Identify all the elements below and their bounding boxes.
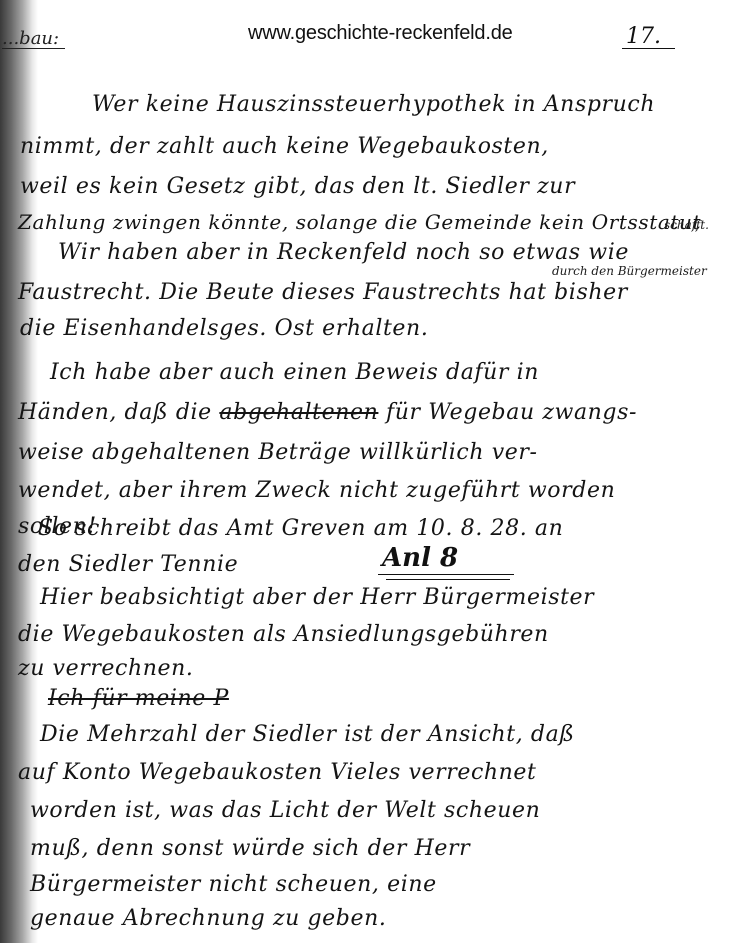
handwritten-line: Händen, daß die abgehaltenen für Wegebau… xyxy=(18,400,637,425)
document-page: ...bau: www.geschichte-reckenfeld.de 17.… xyxy=(0,0,740,943)
annex-underline-2 xyxy=(386,579,510,580)
handwritten-line: Die Mehrzahl der Siedler ist der Ansicht… xyxy=(40,722,575,747)
line-text: für Wegebau zwangs- xyxy=(378,400,637,425)
annex-reference: Anl 8 xyxy=(382,545,458,571)
handwritten-line: worden ist, was das Licht der Welt scheu… xyxy=(30,798,540,823)
handwritten-line: genaue Abrechnung zu geben. xyxy=(30,906,386,931)
handwritten-line: nimmt, der zahlt auch keine Wegebaukoste… xyxy=(20,134,549,159)
margin-annotation-schafft: schafft. xyxy=(664,218,709,232)
handwritten-line: Faustrecht. Die Beute dieses Faustrechts… xyxy=(18,280,628,305)
handwritten-line: Wir haben aber in Reckenfeld noch so etw… xyxy=(58,240,629,265)
handwritten-line: Ich habe aber auch einen Beweis dafür in xyxy=(50,360,539,385)
insertion-annotation-buergermeister: durch den Bürgermeister xyxy=(552,264,707,278)
handwritten-line: weil es kein Gesetz gibt, das den lt. Si… xyxy=(20,174,575,199)
previous-page-word-fragment: ...bau: xyxy=(2,30,65,49)
handwritten-line: Hier beabsichtigt aber der Herr Bürgerme… xyxy=(40,585,594,610)
handwritten-line: den Siedler Tennie xyxy=(18,552,238,577)
handwritten-line: So schreibt das Amt Greven am 10. 8. 28.… xyxy=(38,516,563,541)
handwritten-line: zu verrechnen. xyxy=(18,656,194,681)
annex-underline-1 xyxy=(378,574,514,575)
handwritten-line: weise abgehaltenen Beträge willkürlich v… xyxy=(18,440,538,465)
struck-through-word: abgehaltenen xyxy=(219,400,378,425)
line-text: Händen, daß die xyxy=(18,400,219,425)
handwritten-line: muß, denn sonst würde sich der Herr xyxy=(30,836,470,861)
website-watermark: www.geschichte-reckenfeld.de xyxy=(248,22,513,45)
handwritten-line: auf Konto Wegebaukosten Vieles verrechne… xyxy=(18,760,536,785)
page-number: 17. xyxy=(622,26,675,49)
handwritten-line: die Wegebaukosten als Ansiedlungsgebühre… xyxy=(18,622,549,647)
handwritten-line: Bürgermeister nicht scheuen, eine xyxy=(30,872,437,897)
handwritten-line: die Eisenhandelsges. Ost erhalten. xyxy=(20,316,428,341)
struck-through-line: Ich für meine P xyxy=(48,686,229,711)
handwritten-line: wendet, aber ihrem Zweck nicht zugeführt… xyxy=(18,478,615,503)
handwritten-line: Zahlung zwingen könnte, solange die Geme… xyxy=(18,210,701,234)
handwritten-line: Wer keine Hauszinssteuerhypothek in Ansp… xyxy=(92,92,655,117)
